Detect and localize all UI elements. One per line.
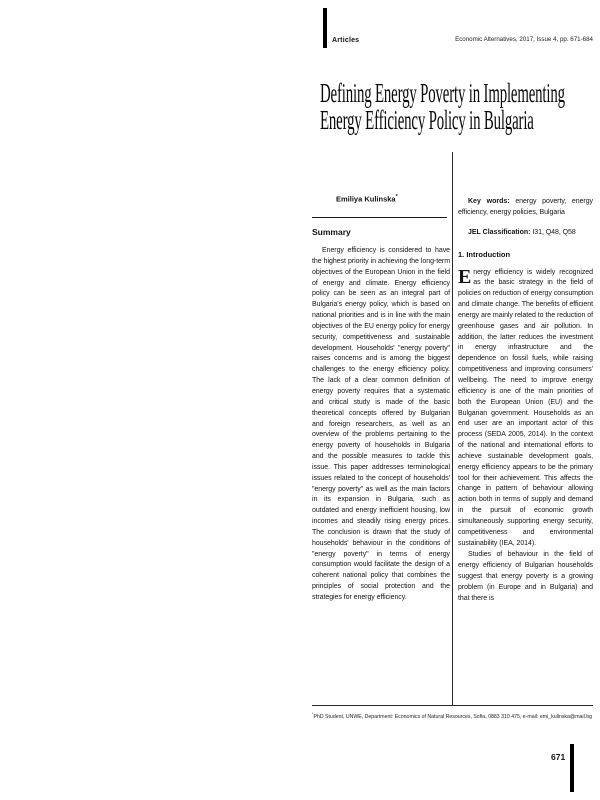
author-name-text: Emiliya Kulinska <box>336 195 396 204</box>
footnote-text: PhD Student, UNWE, Department: Economics… <box>313 714 592 720</box>
page-number: 671 <box>551 752 565 762</box>
summary-column: Energy efficiency is considered to have … <box>312 246 450 604</box>
introduction-paragraph-1: Energy efficiency is widely recognized a… <box>458 268 593 550</box>
author-divider-rule <box>312 217 447 218</box>
introduction-column: Key words: energy poverty, energy effici… <box>458 197 593 605</box>
footnote-rule <box>312 705 593 706</box>
article-title: Defining Energy Poverty in Implementing … <box>320 80 600 134</box>
footnote: *PhD Student, UNWE, Department: Economic… <box>312 711 592 720</box>
section-label: Articles <box>332 37 359 44</box>
introduction-paragraph-1-text: nergy efficiency is widely recognized as… <box>458 269 593 547</box>
article-title-line1: Defining Energy Poverty in Implementing <box>320 80 475 107</box>
journal-reference: Economic Alternatives, 2017, Issue 4, pp… <box>455 36 593 43</box>
jel-text: I31, Q48, Q58 <box>531 229 576 236</box>
drop-cap: E <box>458 268 473 286</box>
introduction-paragraph-2: Studies of behaviour in the field of ene… <box>458 550 593 604</box>
author-footnote-marker: * <box>396 194 398 200</box>
bottom-edge-bar <box>570 744 574 792</box>
author-name: Emiliya Kulinska* <box>336 194 398 204</box>
column-divider-rule <box>452 152 453 705</box>
top-edge-bar <box>323 8 327 48</box>
introduction-heading: 1. Introduction <box>458 250 593 259</box>
summary-paragraph: Energy efficiency is considered to have … <box>312 246 450 604</box>
summary-heading: Summary <box>312 227 351 237</box>
article-title-line2: Energy Efficiency Policy in Bulgaria <box>320 107 475 134</box>
jel-classification: JEL Classification: I31, Q48, Q58 <box>458 228 593 239</box>
keywords-label: Key words: <box>468 198 510 205</box>
jel-label: JEL Classification: <box>468 229 531 236</box>
keywords-paragraph: Key words: energy poverty, energy effici… <box>458 197 593 219</box>
